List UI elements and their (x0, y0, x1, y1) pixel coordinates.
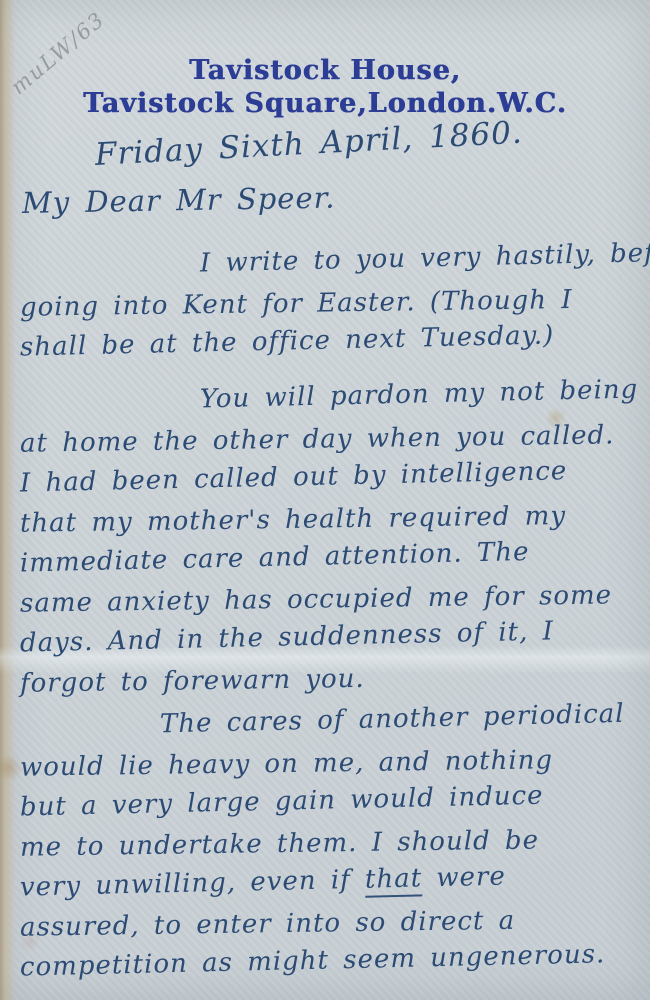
line-post-text: were (422, 862, 506, 894)
letterhead-line-1: Tavistock House, (0, 54, 650, 87)
line-pre-text: very unwilling, even if (20, 865, 366, 903)
letter-salutation: My Dear Mr Speer. (22, 171, 650, 224)
paragraph-2: You will pardon my not being at home the… (0, 384, 650, 704)
paragraph-3: The cares of another periodical would li… (0, 708, 650, 988)
letter-photograph: muLW/63 Tavistock House, Tavistock Squar… (0, 0, 650, 1000)
paragraph-1: I write to you very hastily, before goin… (0, 248, 650, 368)
underlined-word: that (365, 863, 423, 897)
